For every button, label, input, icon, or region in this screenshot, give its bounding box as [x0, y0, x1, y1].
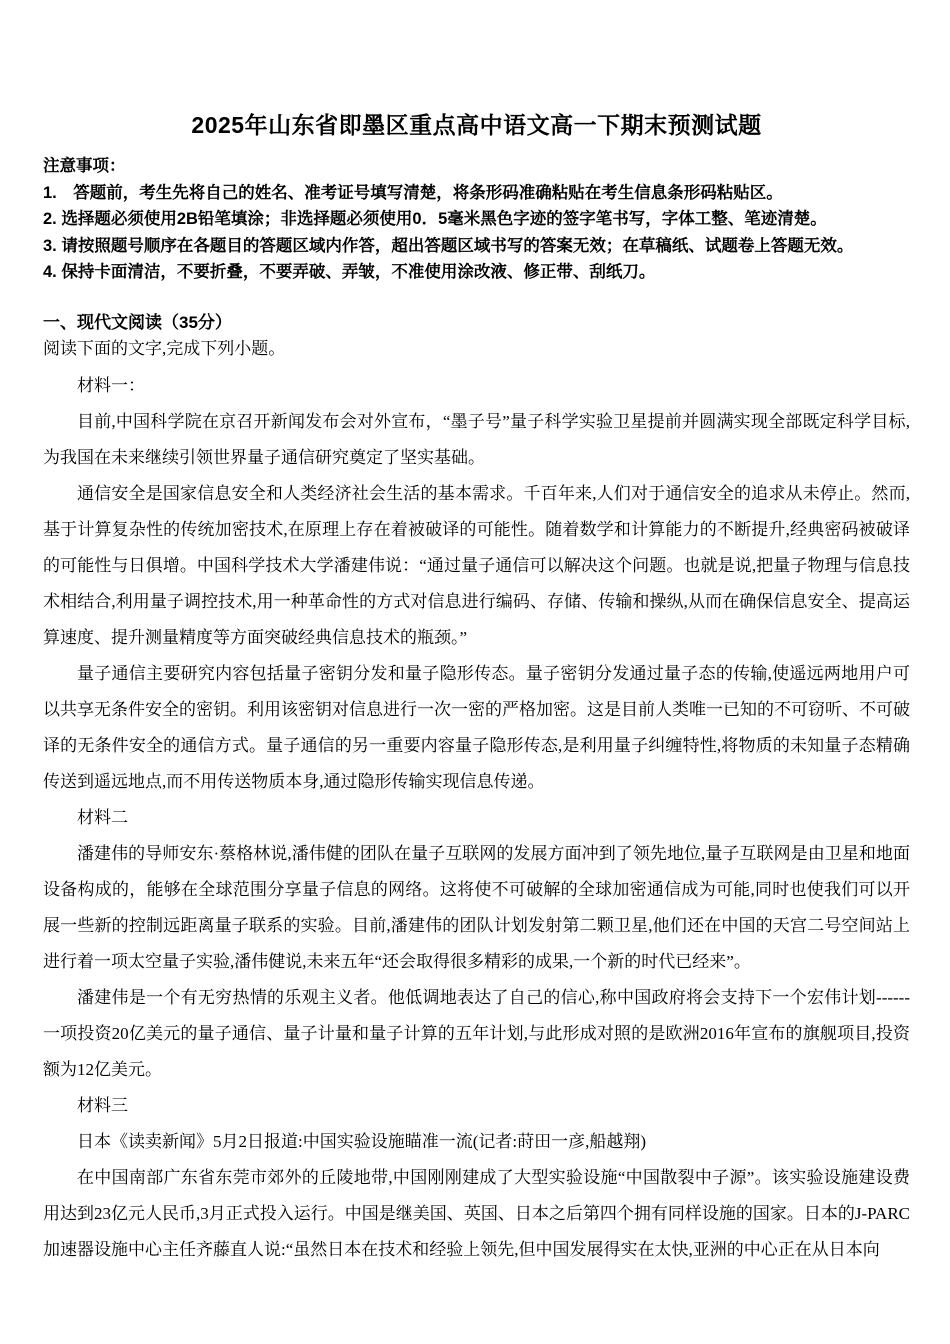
- reading-passage: 材料一： 目前,中国科学院在京召开新闻发布会对外宣布，“墨子号”量子科学实验卫星…: [43, 368, 910, 1268]
- body-paragraph: 通信安全是国家信息安全和人类经济社会生活的基本需求。千百年来,人们对于通信安全的…: [43, 476, 910, 656]
- notice-item-1: 1. 答题前，考生先将自己的姓名、准考证号填写清楚，将条形码准确粘贴在考生信息条…: [43, 180, 910, 207]
- notice-item-2: 2. 选择题必须使用2B铅笔填涂；非选择题必须使用0．5毫米黑色字迹的签字笔书写…: [43, 206, 910, 233]
- body-paragraph: 目前,中国科学院在京召开新闻发布会对外宣布，“墨子号”量子科学实验卫星提前并圆满…: [43, 404, 910, 476]
- reading-instruction: 阅读下面的文字,完成下列小题。: [43, 336, 910, 362]
- material-3-label: 材料三: [43, 1088, 910, 1124]
- material-1-label: 材料一：: [43, 368, 910, 404]
- notice-item-4: 4. 保持卡面清洁，不要折叠，不要弄破、弄皱，不准使用涂改液、修正带、刮纸刀。: [43, 259, 910, 286]
- material-2-label: 材料二: [43, 800, 910, 836]
- exam-paper-page: 2025年山东省即墨区重点高中语文高一下期末预测试题 注意事项： 1. 答题前，…: [0, 0, 950, 1344]
- notice-heading: 注意事项：: [43, 153, 910, 180]
- body-paragraph: 在中国南部广东省东莞市郊外的丘陵地带,中国刚刚建成了大型实验设施“中国散裂中子源…: [43, 1160, 910, 1268]
- body-paragraph: 潘建伟是一个有无穷热情的乐观主义者。他低调地表达了自己的信心,称中国政府将会支持…: [43, 980, 910, 1088]
- body-paragraph: 潘建伟的导师安东·蔡格林说,潘伟健的团队在量子互联网的发展方面冲到了领先地位,量…: [43, 836, 910, 980]
- notice-section: 注意事项： 1. 答题前，考生先将自己的姓名、准考证号填写清楚，将条形码准确粘贴…: [43, 153, 910, 286]
- body-paragraph: 日本《读卖新闻》5月2日报道:中国实验设施瞄准一流(记者:莳田一彦,船越翔): [43, 1124, 910, 1160]
- page-title: 2025年山东省即墨区重点高中语文高一下期末预测试题: [43, 110, 910, 140]
- body-paragraph: 量子通信主要研究内容包括量子密钥分发和量子隐形传态。量子密钥分发通过量子态的传输…: [43, 656, 910, 800]
- section-heading-modern-reading: 一、现代文阅读（35分）: [43, 310, 910, 336]
- notice-item-3: 3. 请按照题号顺序在各题目的答题区域内作答，超出答题区域书写的答案无效；在草稿…: [43, 233, 910, 260]
